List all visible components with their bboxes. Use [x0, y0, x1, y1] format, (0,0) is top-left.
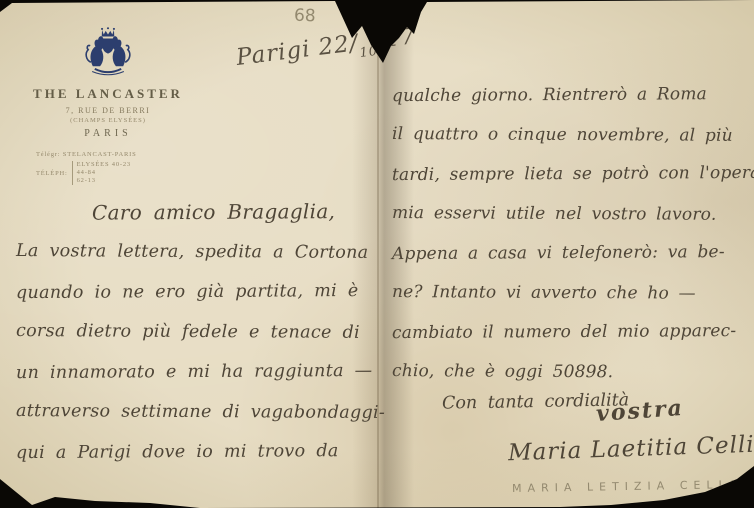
- salutation-line: Caro amico Bragaglia,: [16, 191, 376, 233]
- signature: Maria Laetitia Celli: [508, 432, 754, 467]
- letter-line: mia esservi utile nel vostro lavoro.: [392, 194, 752, 235]
- right-page-body: qualche giorno. Rientrerò a Roma il quat…: [392, 76, 752, 392]
- pencil-transcribed-name: MARIA LETIZIA CELLI: [512, 478, 740, 495]
- letter-line: qui a Parigi dove io mi trovo da: [16, 431, 376, 473]
- letter-line: corsa dietro più fedele e tenace di: [16, 311, 376, 353]
- letter-line: il quattro o cinque novembre, al più: [392, 115, 752, 156]
- telephone-number: 62-13: [77, 177, 131, 185]
- letter-line: attraverso settimane di vagabondaggi-: [16, 391, 376, 433]
- letter-line: Appena a casa vi telefonerò: va be-: [392, 233, 752, 275]
- date-place-day: Parigi 22/: [235, 30, 360, 71]
- letter-paper: THE LANCASTER 7, RUE DE BERRI (CHAMPS EL…: [0, 0, 754, 508]
- royal-coat-of-arms-icon: [75, 24, 141, 82]
- telephone-numbers: ELYSÉES 40-23 44-84 62-13: [72, 161, 131, 185]
- hotel-city: PARIS: [18, 128, 198, 139]
- letterhead: THE LANCASTER 7, RUE DE BERRI (CHAMPS EL…: [18, 24, 198, 185]
- hotel-name: THE LANCASTER: [18, 86, 198, 102]
- archival-page-number: 68: [294, 6, 316, 27]
- date-year: 17: [383, 23, 417, 53]
- telephone-label: TÉLÉPH:: [36, 170, 68, 177]
- date-line: Parigi 22/10 17: [235, 23, 418, 76]
- telephone-number: ELYSÉES 40-23: [77, 161, 131, 169]
- telephone-block: TÉLÉPH: ELYSÉES 40-23 44-84 62-13: [18, 161, 198, 185]
- letter-line: un innamorato e mi ha raggiunta —: [16, 351, 376, 393]
- left-page-body: Caro amico Bragaglia, La vostra lettera,…: [16, 192, 376, 472]
- telephone-number: 44-84: [77, 169, 131, 177]
- letter-line: qualche giorno. Rientrerò a Roma: [392, 75, 752, 117]
- telegraph-address: Télégr: STELANCAST-PARIS: [18, 151, 198, 158]
- letter-line: quando io ne ero già partita, mi è: [16, 271, 376, 313]
- letter-photo: THE LANCASTER 7, RUE DE BERRI (CHAMPS EL…: [0, 0, 754, 508]
- hotel-address: 7, RUE DE BERRI: [18, 106, 198, 115]
- hotel-address-2: (CHAMPS ELYSÉES): [18, 117, 198, 124]
- letter-line: La vostra lettera, spedita a Cortona: [16, 231, 376, 273]
- date-month: 10: [359, 44, 379, 61]
- letter-line: cambiato il numero del mio apparec-: [392, 312, 752, 354]
- letter-line: chio, che è oggi 50898.: [392, 352, 752, 393]
- closing-flourish: vostra: [595, 395, 684, 427]
- left-page-edge: [377, 0, 379, 508]
- letter-line: tardi, sempre lieta se potrò con l'opera: [392, 154, 752, 196]
- letter-line: ne? Intanto vi avverto che ho —: [392, 273, 752, 314]
